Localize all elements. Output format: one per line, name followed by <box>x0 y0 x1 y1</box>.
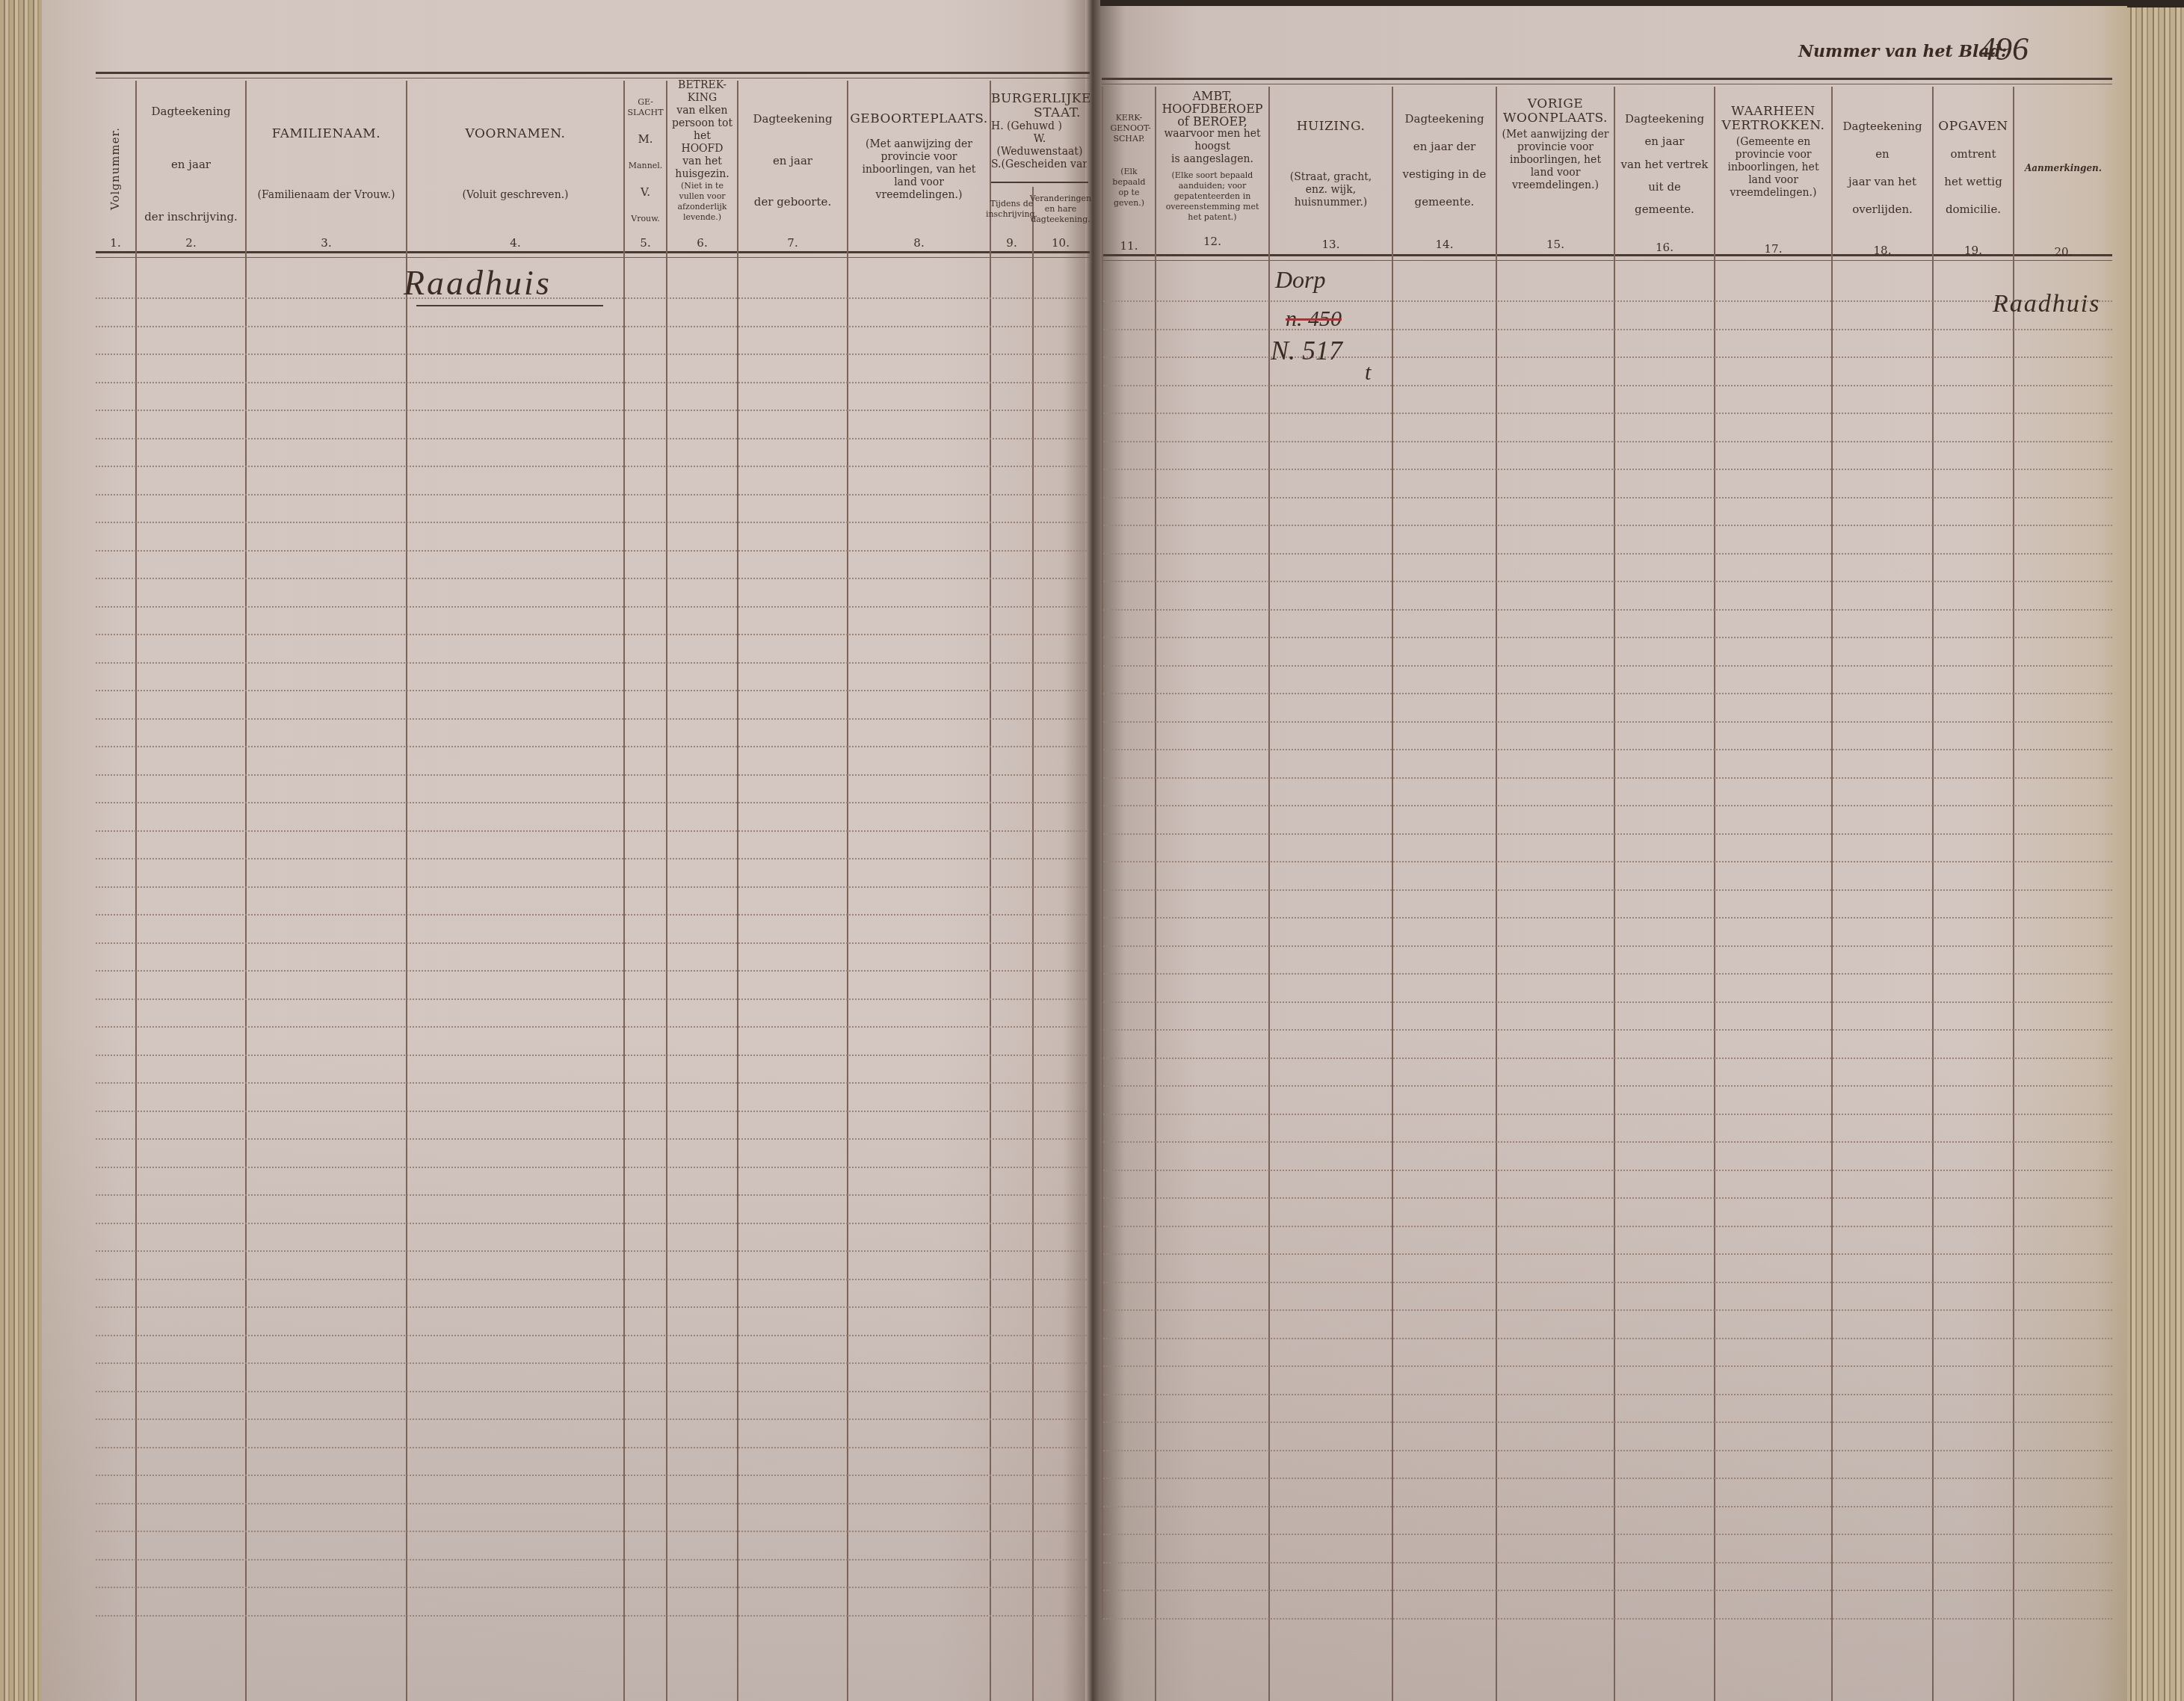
col-number: 6. <box>667 236 737 250</box>
col-header-dagteekening-vertrek: Dagteekening en jaar van het vertrek uit… <box>1615 112 1714 217</box>
col-header-betrekking: BETREK-KING van elken persoon tot het HO… <box>667 79 737 236</box>
row-rule <box>1103 1506 2112 1507</box>
row-rule <box>1103 385 2112 386</box>
row-rule <box>96 1250 1087 1252</box>
col-number: 9. <box>991 236 1032 250</box>
row-rule <box>1103 889 2112 891</box>
row-rule <box>96 886 1087 888</box>
header-top-rule-right <box>1102 78 2112 84</box>
col-header-burgerlijke-staat: BURGERLIJKE STAAT. H. (Gehuwd ) W.(Weduw… <box>991 81 1088 182</box>
col-header-volgnummer: Volgnummer. <box>96 82 135 254</box>
row-rule <box>1103 665 2112 667</box>
row-rule <box>96 1306 1087 1308</box>
col-divider <box>623 81 625 1701</box>
col-divider <box>847 81 848 1701</box>
row-rule <box>1103 805 2112 806</box>
row-rule <box>1103 749 2112 750</box>
row-rule <box>96 550 1087 552</box>
row-rule <box>96 1503 1087 1504</box>
row-rule <box>96 382 1087 383</box>
row-rule <box>96 1418 1087 1420</box>
row-rule <box>1103 553 2112 555</box>
row-rule <box>96 1082 1087 1084</box>
row-rule <box>1103 469 2112 470</box>
col-header-aanmerkingen: Aanmerkingen. <box>2014 82 2112 254</box>
row-rule <box>1103 1309 2112 1311</box>
col-number: 20. <box>2014 245 2112 259</box>
row-rule <box>96 858 1087 859</box>
row-rule <box>96 1279 1087 1280</box>
row-rule <box>1103 1253 2112 1255</box>
row-rule <box>96 1055 1087 1056</box>
row-rule <box>1103 300 2112 302</box>
col-header-waarheen-vertrokken: WAARHEEN VERTROKKEN. (Gemeente en provin… <box>1715 105 1831 224</box>
col-number: 4. <box>407 236 623 250</box>
row-rule <box>1103 1197 2112 1199</box>
row-rule <box>1103 945 2112 947</box>
row-rule <box>1103 1226 2112 1227</box>
row-rule <box>96 942 1087 944</box>
entry-aanmerkingen: Raadhuis <box>1993 290 2100 318</box>
col-divider <box>737 81 738 1701</box>
row-rule <box>96 606 1087 608</box>
row-rule <box>96 802 1087 803</box>
col-divider <box>990 81 991 1701</box>
row-rule <box>1103 1450 2112 1451</box>
col-number: 19. <box>1934 244 2013 257</box>
row-rule <box>96 1475 1087 1476</box>
row-rule <box>96 1167 1087 1168</box>
entry-huizing-old-number: n. 450 <box>1286 306 1342 332</box>
sheet-number-label: Nummer van het Blad: <box>1798 42 2007 61</box>
row-rule <box>96 774 1087 776</box>
row-rule <box>96 1391 1087 1392</box>
row-rule <box>96 1615 1087 1617</box>
row-rule <box>1103 637 2112 638</box>
col-number: 1. <box>96 236 135 250</box>
row-rule <box>96 578 1087 579</box>
row-rule <box>96 718 1087 720</box>
row-rule <box>96 1026 1087 1028</box>
row-rule <box>1103 497 2112 498</box>
row-rule <box>96 297 1087 299</box>
row-rule <box>96 1138 1087 1140</box>
entry-underline <box>416 305 603 306</box>
row-rule <box>1103 1170 2112 1171</box>
col-header-tijdens-inschrijving: Tijdens de inschrijving. <box>991 185 1032 233</box>
row-rule <box>1103 581 2112 582</box>
row-rule <box>96 662 1087 664</box>
sheet-number-value: 496 <box>1979 30 2029 68</box>
row-rule <box>96 326 1087 327</box>
col-number: 13. <box>1270 238 1392 251</box>
row-rule <box>96 1531 1087 1532</box>
row-rule <box>96 1559 1087 1560</box>
col-number: 10. <box>1034 236 1088 250</box>
col-divider <box>135 81 137 1701</box>
row-rule <box>1103 329 2112 330</box>
entry-voornamen: Raadhuis <box>404 263 552 303</box>
row-rule <box>1103 721 2112 723</box>
row-rule <box>96 1335 1087 1336</box>
col-number: 11. <box>1103 239 1155 253</box>
col-header-ambt-beroep: AMBT, HOOFDBEROEP of BEROEP, waarvoor me… <box>1156 90 1268 232</box>
row-rule <box>96 1587 1087 1588</box>
row-rule <box>1103 413 2112 414</box>
row-rule <box>1103 1282 2112 1283</box>
row-rule <box>1103 1029 2112 1031</box>
row-rule <box>96 746 1087 747</box>
row-rule <box>1103 1085 2112 1087</box>
row-rule <box>1103 609 2112 611</box>
row-rule <box>96 1447 1087 1448</box>
row-rule <box>1103 1534 2112 1535</box>
row-rule <box>1103 1058 2112 1059</box>
row-rule <box>96 830 1087 832</box>
col-divider <box>1102 87 1103 1619</box>
header-top-rule-left <box>96 72 1090 78</box>
row-rule <box>1103 356 2112 358</box>
col-number: 2. <box>137 236 245 250</box>
row-rule <box>96 494 1087 496</box>
entry-huizing-mark: t <box>1365 360 1371 386</box>
burgerlijke-staat-divider <box>991 182 1088 183</box>
col-number: 15. <box>1497 238 1614 251</box>
col-header-huizing: HUIZING. (Straat, gracht, enz. wijk, hui… <box>1270 120 1392 209</box>
col-header-opgaven-domicilie: OPGAVEN omtrent het wettig domicilie. <box>1934 120 2013 217</box>
row-rule <box>1103 1618 2112 1620</box>
col-number: 8. <box>848 236 990 250</box>
row-rule <box>1103 917 2112 919</box>
row-rule <box>96 970 1087 972</box>
row-rule <box>96 438 1087 439</box>
col-header-geslacht: GE-SLACHT M. Mannel. V. Vrouw. <box>625 97 666 224</box>
row-rule <box>1103 1394 2112 1395</box>
col-number: 14. <box>1393 238 1496 251</box>
col-number: 5. <box>625 236 666 250</box>
row-rule <box>1103 525 2112 526</box>
book-edge-left <box>0 0 46 1701</box>
book-edge-right <box>2126 7 2184 1701</box>
col-divider <box>245 81 247 1701</box>
row-rule <box>1103 861 2112 862</box>
col-header-voornamen: VOORNAMEN. (Voluit geschreven.) <box>407 127 623 202</box>
row-rule <box>96 914 1087 916</box>
col-number: 18. <box>1833 244 1932 257</box>
row-rule <box>1103 1001 2112 1003</box>
col-header-familienaam: FAMILIENAAM. (Familienaam der Vrouw.) <box>247 127 406 202</box>
col-number: 17. <box>1715 242 1831 256</box>
row-rule <box>1103 1478 2112 1479</box>
col-number: 3. <box>247 236 406 250</box>
row-rule <box>1103 833 2112 835</box>
row-rule <box>96 466 1087 467</box>
row-rule <box>1103 1562 2112 1563</box>
col-header-dagteekening-geboorte: Dagteekening en jaar der geboorte. <box>738 112 847 209</box>
col-header-kerkgenootschap: KERK-GENOOT-SCHAP. (Elk bepaald op te ge… <box>1103 97 1155 224</box>
row-rule <box>96 1111 1087 1112</box>
row-rule <box>1103 1421 2112 1423</box>
row-rule <box>96 634 1087 635</box>
row-rule <box>96 998 1087 1000</box>
register-spread: Nummer van het Blad: 496 Volgnummer. Dag… <box>0 0 2184 1701</box>
col-header-veranderingen: Veranderingen en hare dagteekening. <box>1034 185 1088 233</box>
entry-huizing-street: Dorp <box>1275 266 1326 294</box>
row-rule <box>1103 1338 2112 1339</box>
entry-huizing-new-number: N. 517 <box>1271 335 1342 366</box>
row-rule <box>96 1223 1087 1224</box>
row-rule <box>96 690 1087 691</box>
row-rule <box>96 354 1087 355</box>
row-rule <box>96 1362 1087 1364</box>
col-number: 12. <box>1156 235 1268 248</box>
col-header-dagteekening-overlijden: Dagteekening en jaar van het overlijden. <box>1833 120 1932 217</box>
row-rule <box>96 410 1087 411</box>
col-header-vorige-woonplaats: VORIGE WOONPLAATS. (Met aanwijzing der p… <box>1497 97 1614 220</box>
col-divider <box>406 81 407 1701</box>
col-divider <box>666 81 667 1701</box>
row-rule <box>1103 693 2112 694</box>
row-rule <box>96 522 1087 523</box>
row-rule <box>1103 1114 2112 1115</box>
row-rule <box>1103 1141 2112 1143</box>
row-rule <box>1103 1365 2112 1367</box>
col-number: 16. <box>1615 241 1714 254</box>
row-rule <box>1103 1590 2112 1591</box>
col-header-geboorteplaats: GEBOORTEPLAATS. (Met aanwijzing der prov… <box>848 112 990 202</box>
row-rule <box>1103 973 2112 975</box>
row-rule <box>1103 441 2112 442</box>
col-header-dagteekening-inschrijving: Dagteekening en jaar der inschrijving. <box>137 105 245 224</box>
row-rule <box>1103 777 2112 779</box>
col-header-dagteekening-vestiging: Dagteekening en jaar der vestiging in de… <box>1393 112 1496 209</box>
row-rule <box>96 1194 1087 1196</box>
col-number: 7. <box>738 236 847 250</box>
